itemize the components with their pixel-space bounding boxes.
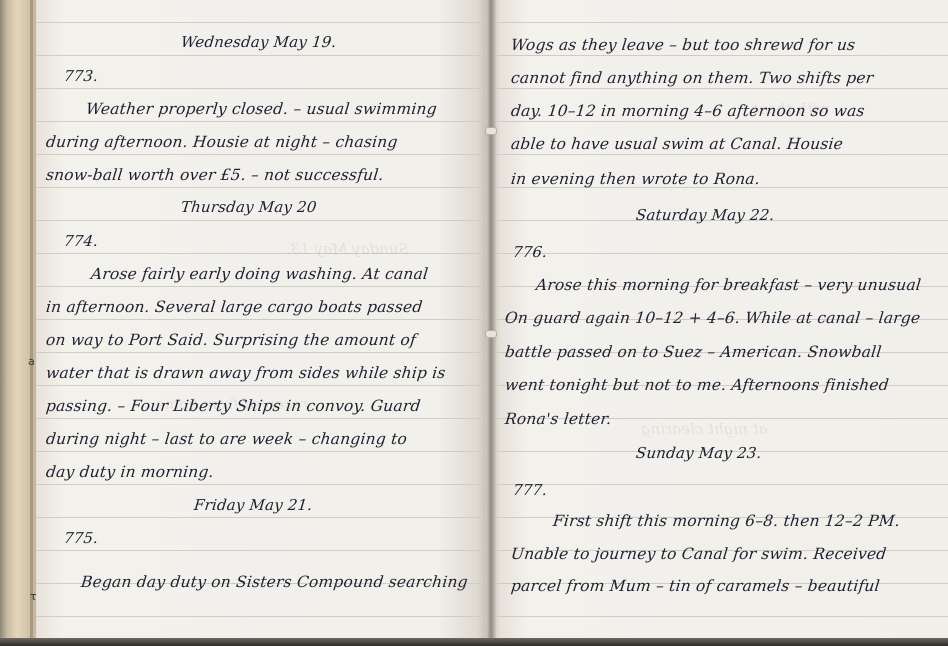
page-gutter: [486, 0, 496, 640]
entry-line: On guard again 10–12 + 4–6. While at can…: [504, 309, 921, 327]
entry-line: Arose this morning for breakfast – very …: [535, 276, 922, 294]
entry-line: day. 10–12 in morning 4–6 afternoon so w…: [510, 102, 866, 120]
entry-line: day duty in morning.: [45, 463, 215, 481]
entry-heading: Wednesday May 19.: [180, 33, 337, 51]
ink-bleed-through: at night clearing: [641, 420, 768, 438]
entry-number: 775.: [63, 529, 99, 547]
ruled-line: [36, 286, 491, 287]
entry-line: battle passed on to Suez – American. Sno…: [504, 343, 882, 361]
book-bottom-edge: [0, 638, 948, 646]
entry-line: able to have usual swim at Canal. Housie: [510, 135, 844, 153]
entry-heading: Friday May 21.: [193, 496, 313, 514]
ruled-line: [36, 88, 491, 89]
entry-line: water that is drawn away from sides whil…: [45, 364, 446, 382]
ruled-line: [491, 22, 948, 23]
ruled-line: [36, 352, 491, 353]
ruled-line: [36, 385, 491, 386]
margin-mark: τ: [30, 590, 37, 603]
entry-number: 776.: [512, 243, 548, 261]
binding-stitch: [485, 127, 497, 135]
ruled-line: [36, 55, 491, 56]
binding-stitch: [485, 330, 497, 338]
entry-line: First shift this morning 6–8. then 12–2 …: [552, 512, 901, 530]
entry-number: 774.: [63, 232, 99, 250]
ruled-line: [491, 616, 948, 617]
ruled-line: [36, 550, 491, 551]
entry-line: during afternoon. Housie at night – chas…: [45, 133, 399, 151]
ruled-line: [491, 154, 948, 155]
ruled-line: [36, 484, 491, 485]
ruled-line: [491, 55, 948, 56]
entry-number: 773.: [63, 67, 99, 85]
ruled-line: [36, 253, 491, 254]
ruled-line: [36, 517, 491, 518]
ruled-line: [491, 253, 948, 254]
ruled-line: [36, 220, 491, 221]
entry-line: snow-ball worth over £5. – not successfu…: [45, 166, 385, 184]
entry-number: 777.: [512, 481, 548, 499]
entry-line: cannot find anything on them. Two shifts…: [510, 69, 874, 87]
entry-line: during night – last to are week – changi…: [45, 430, 408, 448]
entry-line: in evening then wrote to Rona.: [510, 170, 761, 188]
ruled-line: [36, 616, 491, 617]
ruled-line: [36, 451, 491, 452]
ruled-line: [491, 88, 948, 89]
entry-line: Began day duty on Sisters Compound searc…: [80, 573, 469, 591]
entry-line: went tonight but not to me. Afternoons f…: [504, 376, 890, 394]
entry-line: on way to Port Said. Surprising the amou…: [45, 331, 417, 349]
ruled-line: [36, 418, 491, 419]
entry-line: passing. – Four Liberty Ships in convoy.…: [45, 397, 422, 415]
ruled-line: [36, 319, 491, 320]
left-page: Sunday May 13. received from home Wednes…: [36, 0, 491, 638]
entry-line: Unable to journey to Canal for swim. Rec…: [510, 545, 887, 563]
ruled-line: [36, 187, 491, 188]
entry-line: parcel from Mum – tin of caramels – beau…: [510, 577, 881, 595]
entry-line: in afternoon. Several large cargo boats …: [45, 298, 423, 316]
entry-line: Rona's letter.: [504, 410, 612, 428]
right-page: with these at night clearing Wogs as the…: [491, 0, 948, 638]
book-binding-edge: [0, 0, 38, 646]
entry-heading: Thursday May 20: [180, 198, 318, 216]
entry-line: Weather properly closed. – usual swimmin…: [85, 100, 438, 118]
entry-line: Wogs as they leave – but too shrewd for …: [510, 36, 856, 54]
entry-heading: Saturday May 22.: [635, 206, 775, 224]
diary-spread: Sunday May 13. received from home Wednes…: [0, 0, 948, 646]
entry-heading: Sunday May 23.: [635, 444, 762, 462]
ruled-line: [36, 22, 491, 23]
ruled-line: [491, 484, 948, 485]
margin-mark: a: [28, 355, 35, 368]
ruled-line: [491, 121, 948, 122]
ruled-line: [36, 154, 491, 155]
ink-bleed-through: Sunday May 13.: [286, 240, 409, 258]
ruled-line: [36, 121, 491, 122]
entry-line: Arose fairly early doing washing. At can…: [90, 265, 429, 283]
